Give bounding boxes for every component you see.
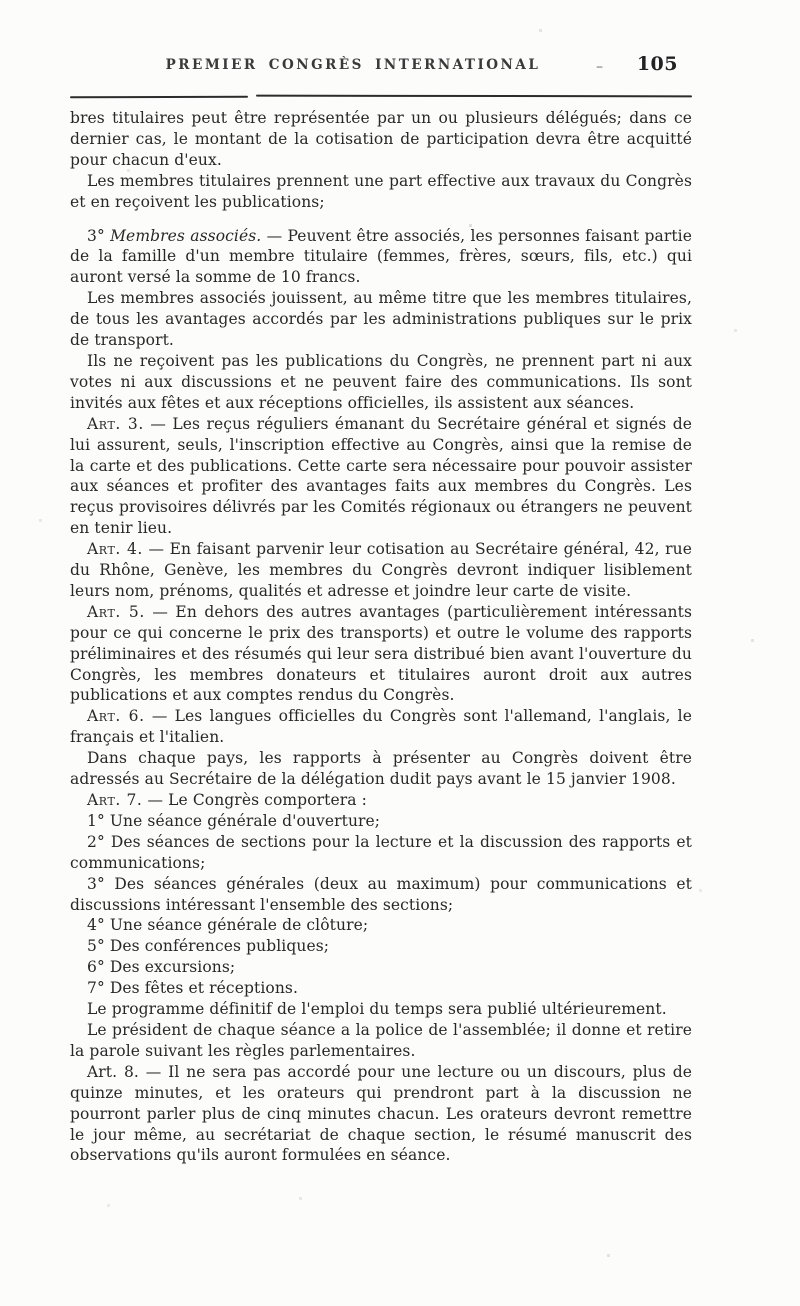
paragraph-17: 6° Des excursions;	[70, 957, 692, 978]
paragraph-20: Le président de chaque séance a la polic…	[70, 1020, 692, 1062]
paragraph-14: 3° Des séances générales (deux au maximu…	[70, 874, 692, 916]
text-run: Ils ne reçoivent pas les publications du…	[70, 352, 692, 412]
paragraph-5: Ils ne reçoivent pas les publications du…	[70, 351, 692, 414]
paragraph-21: Art. 8. — Il ne sera pas accordé pour un…	[70, 1062, 692, 1167]
text-run: — Les langues officielles du Congrès son…	[70, 707, 692, 746]
text-run: Le président de chaque séance a la polic…	[70, 1021, 692, 1060]
text-run: 5° Des conférences publiques;	[87, 937, 329, 955]
running-title: PREMIER CONGRÈS INTERNATIONAL	[70, 57, 636, 73]
text-run: — Le Congrès comportera :	[142, 791, 366, 809]
paragraph-10: Dans chaque pays, les rapports à présent…	[70, 748, 692, 790]
text-run: 3° Des séances générales (deux au maximu…	[70, 875, 692, 914]
header-rule	[70, 95, 692, 99]
text-run: Les membres titulaires prennent une part…	[70, 172, 692, 211]
header-dash: –	[596, 59, 603, 75]
article-label: Art. 3.	[87, 415, 144, 433]
text-run: 4° Une séance générale de clôture;	[87, 916, 368, 934]
paragraph-4: Les membres associés jouissent, au même …	[70, 288, 692, 351]
paragraph-1: bres titulaires peut être représentée pa…	[70, 108, 692, 171]
document-page: PREMIER CONGRÈS INTERNATIONAL – 105 bres…	[0, 0, 800, 1306]
text-run: — En dehors des autres avantages (partic…	[70, 603, 692, 705]
text-run: Les membres associés jouissent, au même …	[70, 289, 692, 349]
paragraph-12: 1° Une séance générale d'ouverture;	[70, 811, 692, 832]
page-number: 105	[637, 53, 678, 75]
article-label: Art. 7.	[87, 791, 142, 809]
paragraph-19: Le programme définitif de l'emploi du te…	[70, 999, 692, 1020]
paragraph-2: Les membres titulaires prennent une part…	[70, 171, 692, 213]
header-rule-segment	[70, 95, 248, 98]
page-header: PREMIER CONGRÈS INTERNATIONAL – 105	[0, 57, 800, 85]
text-run: — Les reçus réguliers émanant du Secréta…	[70, 415, 692, 538]
text-run: Dans chaque pays, les rapports à présent…	[70, 749, 692, 788]
article-label: Art. 4.	[87, 540, 143, 558]
text-run: 2° Des séances de sections pour la lectu…	[70, 833, 692, 872]
text-run: 6° Des excursions;	[87, 958, 235, 976]
paragraph-6: Art. 3. — Les reçus réguliers émanant du…	[70, 414, 692, 539]
header-rule-segment	[256, 95, 692, 98]
italic-run: Membres associés.	[110, 227, 261, 245]
scan-noise	[0, 0, 1, 1]
text-run: — En faisant parvenir leur cotisation au…	[70, 540, 692, 600]
paragraph-11: Art. 7. — Le Congrès comportera :	[70, 790, 692, 811]
text-run: Le programme définitif de l'emploi du te…	[87, 1000, 667, 1018]
text-run: bres titulaires peut être représentée pa…	[70, 109, 692, 169]
paragraph-15: 4° Une séance générale de clôture;	[70, 915, 692, 936]
paragraph-7: Art. 4. — En faisant parvenir leur cotis…	[70, 539, 692, 602]
paragraph-18: 7° Des fêtes et réceptions.	[70, 978, 692, 999]
text-run: 1° Une séance générale d'ouverture;	[87, 812, 380, 830]
article-label: Art. 5.	[87, 603, 145, 621]
page-body: bres titulaires peut être représentée pa…	[70, 108, 692, 1166]
paragraph-9: Art. 6. — Les langues officielles du Con…	[70, 706, 692, 748]
article-label: Art. 6.	[87, 707, 145, 725]
paragraph-3: 3° Membres associés. — Peuvent être asso…	[70, 226, 692, 289]
paragraph-16: 5° Des conférences publiques;	[70, 936, 692, 957]
paragraph-8: Art. 5. — En dehors des autres avantages…	[70, 602, 692, 707]
text-run: 7° Des fêtes et réceptions.	[87, 979, 298, 997]
text-run: 3°	[87, 227, 110, 245]
paragraph-13: 2° Des séances de sections pour la lectu…	[70, 832, 692, 874]
text-run: Art. 8. — Il ne sera pas accordé pour un…	[70, 1063, 692, 1165]
